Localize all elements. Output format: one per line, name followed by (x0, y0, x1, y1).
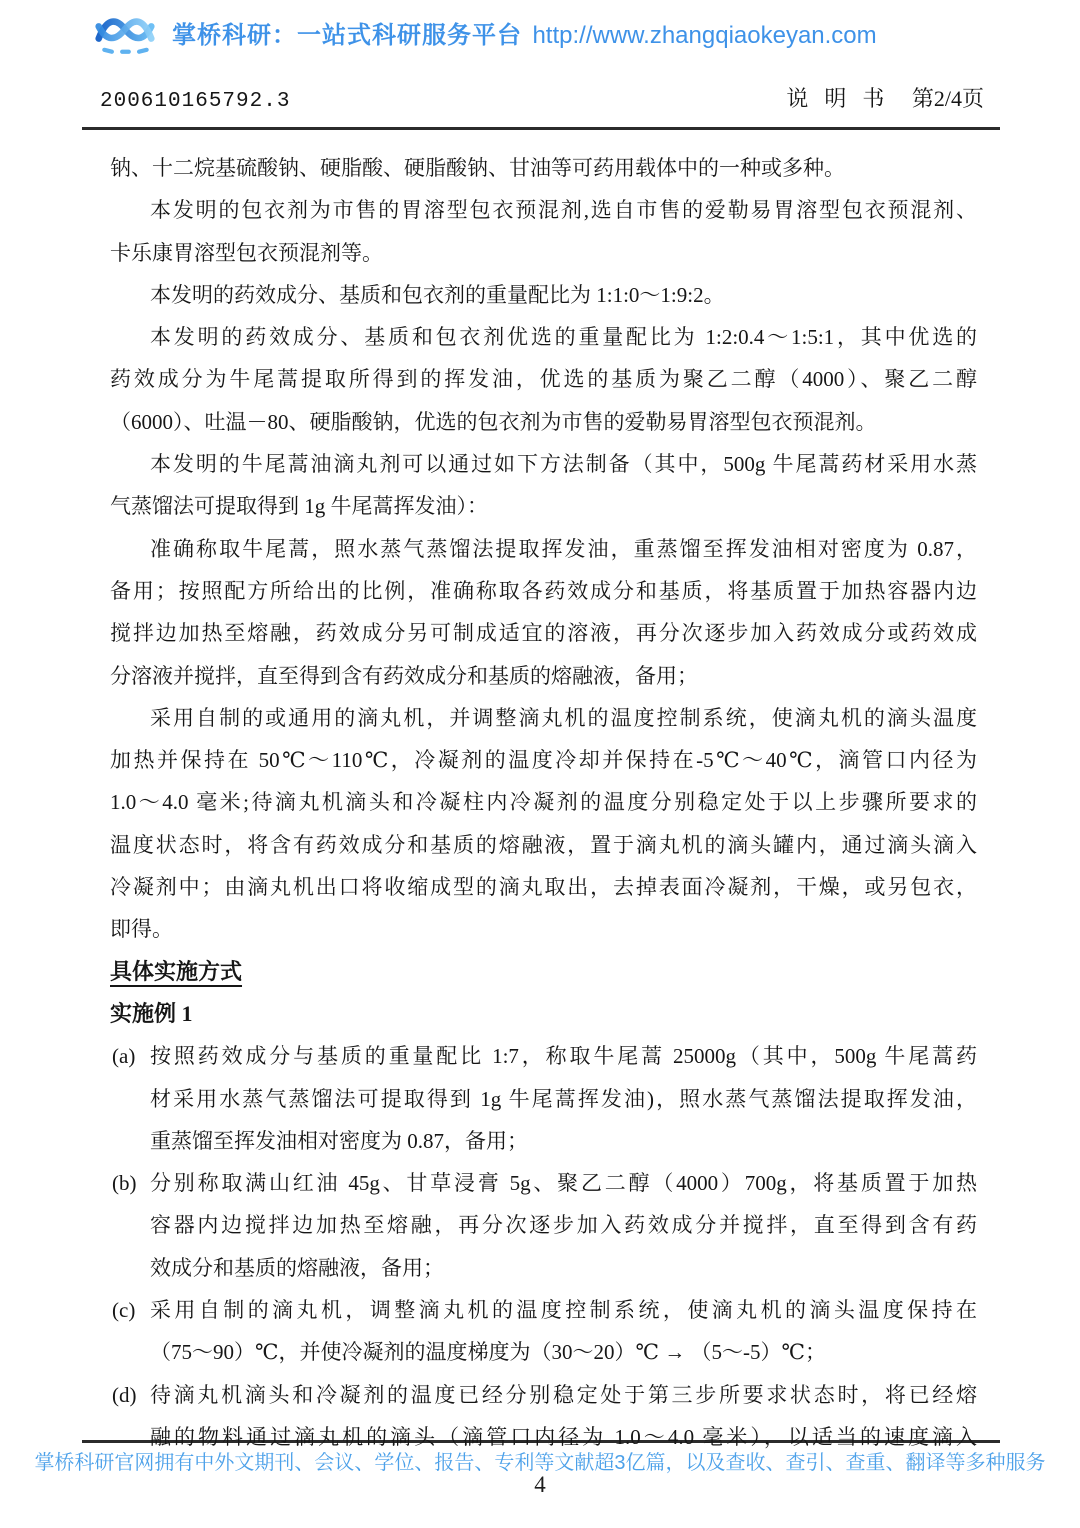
text-line: 本发明的包衣剂为市售的胃溶型包衣预混剂,选自市售的爱勒易胃溶型包衣预混剂、 (110, 189, 977, 231)
doc-header: 200610165792.3 说明书 第2/4页 (100, 82, 984, 113)
list-item-text: 待滴丸机滴头和冷凝剂的温度已经分别稳定处于第三步所要求状态时，将已经熔 (150, 1383, 977, 1407)
list-item-line: (d)待滴丸机滴头和冷凝剂的温度已经分别稳定处于第三步所要求状态时，将已经熔 (110, 1374, 977, 1416)
body-text: 钠、十二烷基硫酸钠、硬脂酸、硬脂酸钠、甘油等可药用载体中的一种或多种。本发明的包… (110, 147, 977, 1458)
list-item-label: (d) (112, 1374, 137, 1416)
list-item-label: (c) (112, 1289, 135, 1331)
text-line: 冷凝剂中；由滴丸机出口将收缩成型的滴丸取出，去掉表面冷凝剂，干燥，或另包衣， (110, 866, 977, 908)
text-line: 材采用水蒸气蒸馏法可提取得到 1g 牛尾蒿挥发油)，照水蒸气蒸馏法提取挥发油， (110, 1078, 977, 1120)
text-line: 备用；按照配方所给出的比例，准确称取各药效成分和基质，将基质置于加热容器内边 (110, 570, 977, 612)
text-line: 本发明的牛尾蒿油滴丸剂可以通过如下方法制备（其中，500g 牛尾蒿药材采用水蒸 (110, 443, 977, 485)
text-line: 准确称取牛尾蒿，照水蒸气蒸馏法提取挥发油，重蒸馏至挥发油相对密度为 0.87， (110, 528, 977, 570)
text-line: 重蒸馏至挥发油相对密度为 0.87，备用； (110, 1120, 977, 1162)
list-item-text: 采用自制的滴丸机，调整滴丸机的温度控制系统，使滴丸机的滴头温度保持在 (150, 1298, 977, 1322)
text-line: 加热并保持在 50℃～110℃，冷凝剂的温度冷却并保持在-5℃～40℃，滴管口内… (110, 739, 977, 781)
header-divider (82, 127, 1000, 130)
text-line: 采用自制的或通用的滴丸机，并调整滴丸机的温度控制系统，使滴丸机的滴头温度 (110, 697, 977, 739)
text-line: 药效成分为牛尾蒿提取所得到的挥发油，优选的基质为聚乙二醇（4000）、聚乙二醇 (110, 358, 977, 400)
text-line: 效成分和基质的熔融液，备用； (110, 1247, 977, 1289)
list-item-text: 分别称取满山红油 45g、甘草浸膏 5g、聚乙二醇（4000）700g，将基质置… (150, 1171, 977, 1195)
text-line: 卡乐康胃溶型包衣预混剂等。 (110, 232, 977, 274)
list-item-label: (b) (112, 1162, 137, 1204)
list-item-label: (a) (112, 1035, 135, 1077)
page-number: 4 (0, 1472, 1080, 1498)
section-heading: 具体实施方式 (110, 951, 977, 993)
text-line: 气蒸馏法可提取得到 1g 牛尾蒿挥发油）： (110, 485, 977, 527)
brand-header: 掌桥科研：一站式科研服务平台 http://www.zhangqiaokeyan… (94, 6, 877, 58)
list-item-text: 按照药效成分与基质的重量配比 1:7，称取牛尾蒿 25000g（其中，500g … (150, 1044, 977, 1068)
text-line: 搅拌边加热至熔融，药效成分另可制成适宜的溶液，再分次逐步加入药效成分或药效成 (110, 612, 977, 654)
wave-logo-icon (94, 7, 156, 57)
text-line: （6000）、吐温－80、硬脂酸钠，优选的包衣剂为市售的爱勒易胃溶型包衣预混剂。 (110, 401, 977, 443)
brand-url: http://www.zhangqiaokeyan.com (532, 22, 876, 49)
patent-number: 200610165792.3 (100, 90, 290, 113)
text-line: 温度状态时，将含有药效成分和基质的熔融液，置于滴丸机的滴头罐内，通过滴头滴入 (110, 824, 977, 866)
text-line: 容器内边搅拌边加热至熔融，再分次逐步加入药效成分并搅拌，直至得到含有药 (110, 1204, 977, 1246)
text-line: 本发明的药效成分、基质和包衣剂的重量配比为 1:1:0～1:9:2。 (110, 274, 977, 316)
text-line: 本发明的药效成分、基质和包衣剂优选的重量配比为 1:2:0.4～1:5:1，其中… (110, 316, 977, 358)
doc-type-page: 说明书 第2/4页 (786, 82, 984, 113)
brand-name-tagline: 掌桥科研：一站式科研服务平台 (172, 22, 522, 49)
doc-type-label: 说明书 (786, 86, 900, 111)
page-indicator: 第2/4页 (912, 86, 984, 111)
footer-services-line: 掌桥科研官网拥有中外文期刊、会议、学位、报告、专利等文献超3亿篇，以及查收、查引… (0, 1446, 1080, 1475)
text-line: 钠、十二烷基硫酸钠、硬脂酸、硬脂酸钠、甘油等可药用载体中的一种或多种。 (110, 147, 977, 189)
text-line: 即得。 (110, 908, 977, 950)
list-item-line: (c)采用自制的滴丸机，调整滴丸机的温度控制系统，使滴丸机的滴头温度保持在 (110, 1289, 977, 1331)
patent-document-page: 掌桥科研：一站式科研服务平台 http://www.zhangqiaokeyan… (0, 0, 1080, 1528)
text-line: 1.0～4.0 毫米;待滴丸机滴头和冷凝柱内冷凝剂的温度分别稳定处于以上步骤所要… (110, 781, 977, 823)
text-line: 分溶液并搅拌，直至得到含有药效成分和基质的熔融液，备用； (110, 655, 977, 697)
list-item-line: (a)按照药效成分与基质的重量配比 1:7，称取牛尾蒿 25000g（其中，50… (110, 1035, 977, 1077)
text-line: （75～90）℃，并使冷凝剂的温度梯度为（30～20）℃ → （5～-5）℃； (110, 1331, 977, 1373)
example-heading: 实施例 1 (110, 993, 977, 1035)
list-item-line: (b)分别称取满山红油 45g、甘草浸膏 5g、聚乙二醇（4000）700g，将… (110, 1162, 977, 1204)
